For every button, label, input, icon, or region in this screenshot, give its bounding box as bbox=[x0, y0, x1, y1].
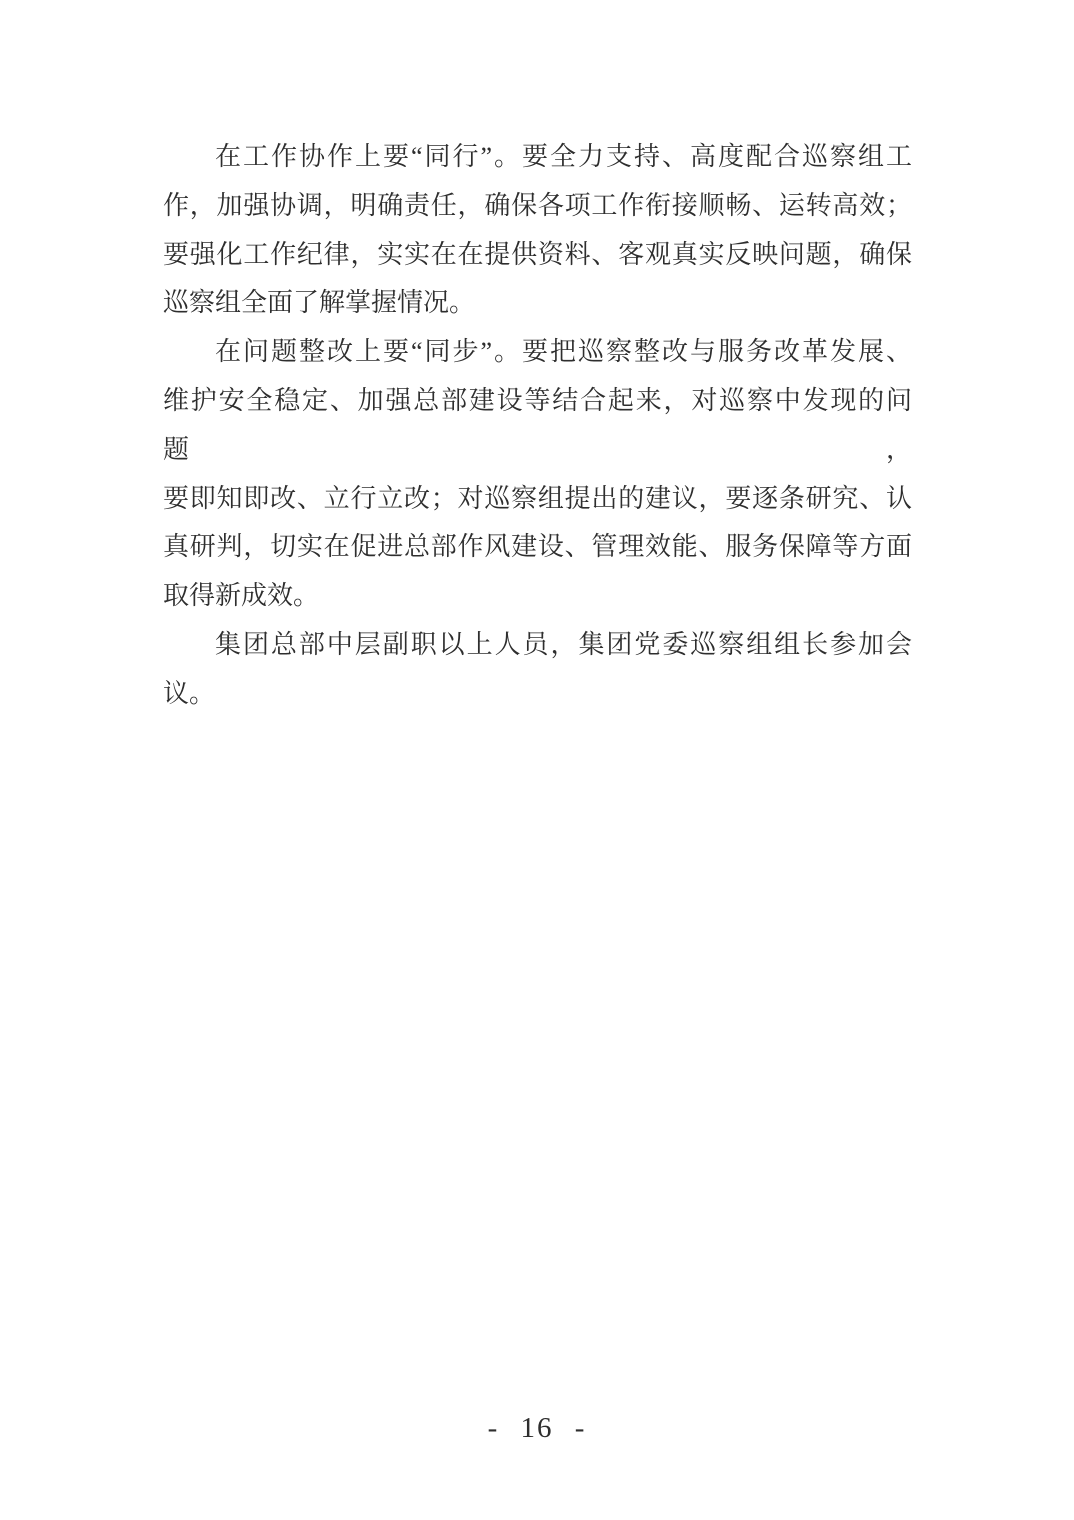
text-line: 巡察组全面了解掌握情况。 bbox=[163, 279, 912, 328]
text-line: 集团总部中层副职以上人员，集团党委巡察组组长参加会 bbox=[163, 621, 912, 670]
document-page: 在工作协作上要“同行”。要全力支持、高度配合巡察组工 作，加强协调，明确责任，确… bbox=[0, 0, 1074, 1520]
text-line: 在工作协作上要“同行”。要全力支持、高度配合巡察组工 bbox=[163, 133, 912, 182]
page-number: - 16 - bbox=[0, 1410, 1074, 1446]
text-line: 维护安全稳定、加强总部建设等结合起来，对巡察中发现的问题， bbox=[163, 377, 912, 475]
text-line: 真研判，切实在促进总部作风建设、管理效能、服务保障等方面 bbox=[163, 523, 912, 572]
text-line: 在问题整改上要“同步”。要把巡察整改与服务改革发展、 bbox=[163, 328, 912, 377]
text-line: 取得新成效。 bbox=[163, 572, 912, 621]
text-line: 议。 bbox=[163, 670, 912, 719]
text-line: 要强化工作纪律，实实在在提供资料、客观真实反映问题，确保 bbox=[163, 231, 912, 280]
paragraph: 集团总部中层副职以上人员，集团党委巡察组组长参加会 议。 bbox=[163, 621, 912, 719]
text-line: 作，加强协调，明确责任，确保各项工作衔接顺畅、运转高效； bbox=[163, 182, 912, 231]
document-body: 在工作协作上要“同行”。要全力支持、高度配合巡察组工 作，加强协调，明确责任，确… bbox=[163, 133, 912, 719]
paragraph: 在问题整改上要“同步”。要把巡察整改与服务改革发展、 维护安全稳定、加强总部建设… bbox=[163, 328, 912, 621]
text-line: 要即知即改、立行立改；对巡察组提出的建议，要逐条研究、认 bbox=[163, 475, 912, 524]
paragraph: 在工作协作上要“同行”。要全力支持、高度配合巡察组工 作，加强协调，明确责任，确… bbox=[163, 133, 912, 328]
